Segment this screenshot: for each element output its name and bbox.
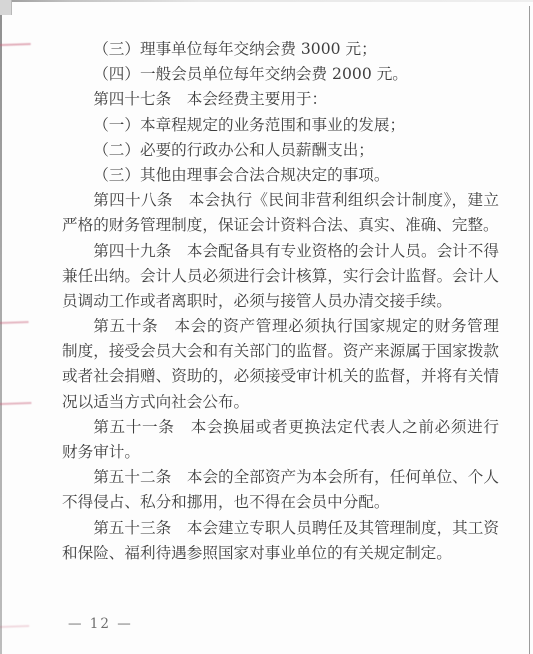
- seal-glyph-row: 亚另: [0, 326, 22, 349]
- text-line: 第四十九条 本会配备具有专业资格的会计人员。会计不得: [62, 239, 499, 264]
- seal-glyph-row: 全田: [0, 90, 26, 113]
- text-line: （二）必要的行政办公和人员薪酬支出；: [62, 138, 499, 163]
- text-line: 第四十八条 本会执行《民间非营利组织会计制度》，建立: [62, 188, 499, 213]
- text-line: （四）一般会员单位每年交纳会费 2000 元。: [62, 62, 499, 87]
- seal-glyph-row: 主民: [0, 368, 24, 391]
- scan-edge-top: [0, 0, 533, 2]
- text-line: 财务审计。: [62, 440, 499, 465]
- seal-glyph-row: 韦国: [0, 347, 23, 370]
- text-line: （三）理事单位每年交纳会费 3000 元；: [62, 37, 499, 62]
- seal-glyph-row: 丰国: [0, 69, 25, 92]
- text-line: 况以适当方式向社会公布。: [62, 390, 499, 415]
- seal-glyph-row: 一二: [0, 597, 22, 620]
- text-line: 制度，接受会员大会和有关部门的监督。资产来源属于国家拨款: [62, 339, 499, 364]
- text-line: 或者社会捐赠、资助的，必须接受审计机关的监督，并将有关情: [62, 364, 499, 389]
- text-line: 第五十一条 本会换届或者更换法定代表人之前必须进行: [62, 415, 499, 440]
- red-seal-fragment-top: 变乙丰国全田: [0, 43, 33, 120]
- text-line: （三）其他由理事会合法合规决定的事项。: [62, 163, 499, 188]
- page-number: — 12 —: [68, 616, 133, 632]
- text-line: 第五十条 本会的资产管理必须执行国家规定的财务管理: [62, 314, 499, 339]
- seal-glyph-row: 八变: [0, 555, 20, 578]
- text-line: 严格的财务管理制度，保证会计资料合法、真实、准确、完整。: [62, 213, 499, 238]
- text-line: 第四十七条 本会经费主要用于：: [62, 87, 499, 112]
- red-seal-fragment-middle: 亚另韦国主民: [0, 321, 31, 406]
- scanned-document-page: 变乙丰国全田 亚另韦国主民 八变圭玉一二 （三）理事单位每年交纳会费 3000 …: [0, 0, 533, 654]
- seal-glyph-row: 变乙: [0, 48, 25, 71]
- red-seal-fragment-bottom: 八变圭玉一二: [0, 555, 29, 629]
- seal-glyph-row: 圭玉: [0, 576, 21, 599]
- document-body: （三）理事单位每年交纳会费 3000 元；（四）一般会员单位每年交纳会费 200…: [62, 37, 499, 566]
- text-line: 不得侵占、私分和挪用，也不得在会员中分配。: [62, 490, 499, 515]
- text-line: 第五十三条 本会建立专职人员聘任及其管理制度，其工资: [62, 516, 499, 541]
- text-line: （一）本章程规定的业务范围和事业的发展；: [62, 113, 499, 138]
- scan-corner-artifact: [0, 0, 12, 15]
- text-line: 和保险、福利待遇参照国家对事业单位的有关规定制定。: [62, 541, 499, 566]
- text-line: 员调动工作或者离职时，必须与接管人员办清交接手续。: [62, 289, 499, 314]
- text-line: 第五十二条 本会的全部资产为本会所有，任何单位、个人: [62, 465, 499, 490]
- scan-edge-left: [0, 0, 2, 654]
- scan-edge-right: [529, 6, 530, 654]
- text-line: 兼任出纳。会计人员必须进行会计核算，实行会计监督。会计人: [62, 264, 499, 289]
